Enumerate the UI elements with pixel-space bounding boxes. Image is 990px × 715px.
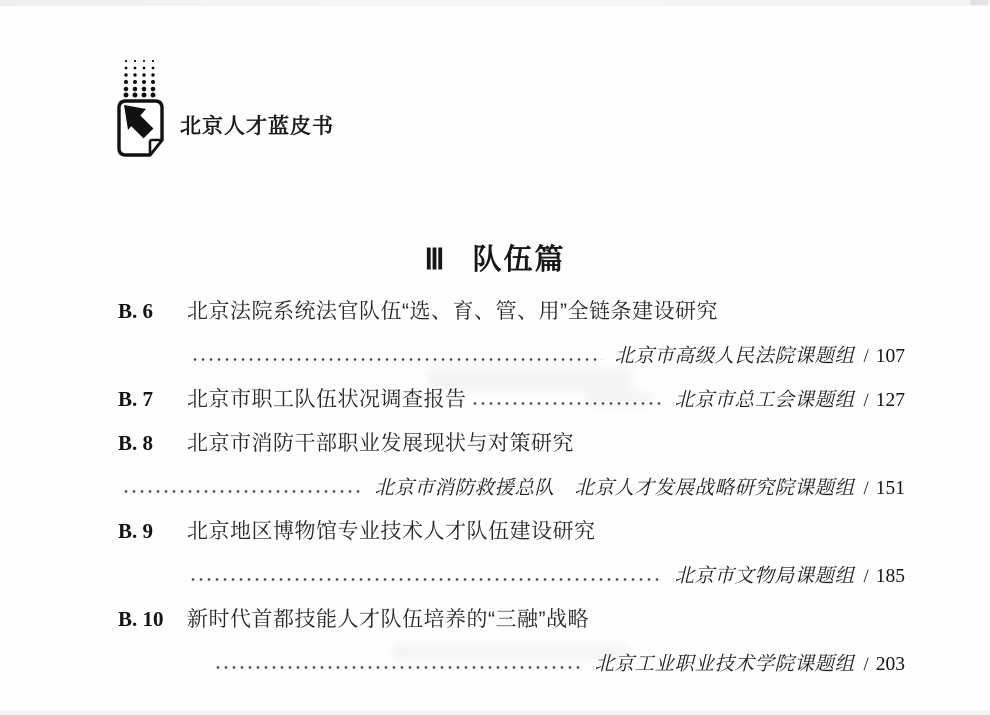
scan-artifact bbox=[970, 0, 988, 5]
scanned-book-page: 北京人才蓝皮书 Ⅲ队伍篇 B. 6 北京法院系统法官队伍“选、育、管、用”全链条… bbox=[0, 0, 990, 715]
page-separator: / bbox=[854, 479, 875, 508]
dot-leader bbox=[122, 489, 362, 494]
entry-authors: 北京市高级人民法院课题组 bbox=[614, 347, 854, 377]
entry-label: B. 6 bbox=[118, 301, 187, 332]
indent-spacer bbox=[118, 640, 210, 684]
dot-leader bbox=[191, 357, 602, 362]
page-separator: / bbox=[854, 567, 875, 596]
dot-leader bbox=[471, 401, 663, 406]
indent-spacer bbox=[118, 552, 185, 596]
toc-list: B. 6 北京法院系统法官队伍“选、育、管、用”全链条建设研究 北京市高级人民法… bbox=[118, 288, 905, 684]
entry-page-number: 151 bbox=[876, 479, 905, 509]
entry-page-number: 203 bbox=[876, 655, 905, 685]
toc-entry-b6-title-row: B. 6 北京法院系统法官队伍“选、育、管、用”全链条建设研究 bbox=[118, 288, 905, 332]
entry-label: B. 8 bbox=[118, 433, 187, 464]
entry-label: B. 9 bbox=[118, 521, 187, 552]
toc-entry-b10-title-row: B. 10 新时代首都技能人才队伍培养的“三融”战略 bbox=[118, 596, 905, 640]
page-separator: / bbox=[854, 655, 875, 684]
section-title-text: 队伍篇 bbox=[472, 244, 565, 276]
blue-book-logo-icon bbox=[116, 56, 166, 158]
page-separator: / bbox=[854, 347, 875, 376]
entry-authors: 北京市文物局课题组 bbox=[674, 567, 854, 597]
entry-title: 北京市消防干部职业发展现状与对策研究 bbox=[187, 433, 574, 464]
entry-label: B. 7 bbox=[118, 389, 187, 420]
toc-entry-b9-title-row: B. 9 北京地区博物馆专业技术人才队伍建设研究 bbox=[118, 508, 905, 552]
dot-leader bbox=[214, 665, 582, 670]
entry-title: 新时代首都技能人才队伍培养的“三融”战略 bbox=[187, 609, 589, 640]
toc-entry-b8-attribution-row: 北京市消防救援总队 北京人才发展战略研究院课题组 / 151 bbox=[118, 464, 905, 508]
page-separator: / bbox=[854, 391, 875, 420]
entry-title: 北京地区博物馆专业技术人才队伍建设研究 bbox=[187, 521, 596, 552]
scan-edge-top bbox=[0, 0, 990, 6]
toc-entry-b8-title-row: B. 8 北京市消防干部职业发展现状与对策研究 bbox=[118, 420, 905, 464]
toc-entry-b6-attribution-row: 北京市高级人民法院课题组 / 107 bbox=[118, 332, 905, 376]
entry-authors: 北京市总工会课题组 bbox=[674, 391, 854, 421]
brand-title: 北京人才蓝皮书 bbox=[180, 110, 334, 140]
brand-header: 北京人才蓝皮书 bbox=[116, 56, 334, 158]
entry-title: 北京市职工队伍状况调查报告 bbox=[187, 389, 467, 420]
entry-page-number: 107 bbox=[876, 347, 905, 377]
indent-spacer bbox=[118, 332, 187, 376]
entry-page-number: 185 bbox=[876, 567, 905, 597]
entry-label: B. 10 bbox=[118, 609, 187, 640]
scan-edge-bottom bbox=[0, 710, 990, 715]
entry-authors: 北京市消防救援总队 北京人才发展战略研究院课题组 bbox=[374, 479, 854, 509]
entry-page-number: 127 bbox=[876, 391, 905, 421]
dot-leader bbox=[189, 577, 662, 582]
section-numeral: Ⅲ bbox=[424, 244, 446, 276]
toc-entry-b10-attribution-row: 北京工业职业技术学院课题组 / 203 bbox=[118, 640, 905, 684]
entry-title: 北京法院系统法官队伍“选、育、管、用”全链条建设研究 bbox=[187, 301, 718, 332]
section-title: Ⅲ队伍篇 bbox=[0, 237, 990, 278]
entry-authors: 北京工业职业技术学院课题组 bbox=[594, 655, 854, 685]
toc-entry-b7-row: B. 7 北京市职工队伍状况调查报告 北京市总工会课题组 / 127 bbox=[118, 376, 905, 420]
toc-entry-b9-attribution-row: 北京市文物局课题组 / 185 bbox=[118, 552, 905, 596]
